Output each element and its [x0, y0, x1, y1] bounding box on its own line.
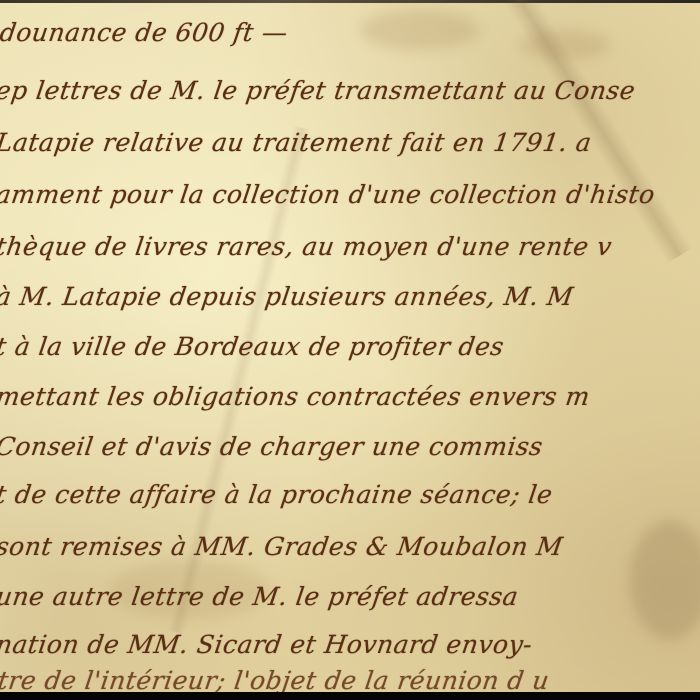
- handwritten-line: à M. Latapie depuis plusieurs années, M.…: [0, 282, 575, 311]
- handwritten-line: dounance de 600 ft —: [0, 18, 290, 47]
- handwritten-text-block: dounance de 600 ft — ep lettres de M. le…: [0, 0, 700, 692]
- handwritten-line: une autre lettre de M. le préfet adressa: [0, 582, 520, 611]
- handwritten-line-partial: tre de l'intérieur; l'objet de la réunio…: [0, 666, 551, 692]
- handwritten-line: ep lettres de M. le préfet transmettant …: [0, 76, 637, 105]
- handwritten-line: mettant les obligations contractées enve…: [0, 382, 592, 411]
- handwritten-line: amment pour la collection d'une collecti…: [0, 180, 657, 209]
- handwritten-line: t de cette affaire à la prochaine séance…: [0, 480, 555, 509]
- handwritten-line: nation de MM. Sicard et Hovnard envoy-: [0, 630, 534, 659]
- manuscript-page: dounance de 600 ft — ep lettres de M. le…: [0, 0, 700, 692]
- handwritten-line: sont remises à MM. Grades & Moubalon M: [0, 532, 565, 561]
- handwritten-line: Latapie relative au traitement fait en 1…: [0, 128, 594, 157]
- handwritten-line: t à la ville de Bordeaux de profiter des: [0, 332, 506, 361]
- photo-border-bottom: [0, 692, 700, 700]
- handwritten-line: thèque de livres rares, au moyen d'une r…: [0, 232, 614, 261]
- handwritten-line: Conseil et d'avis de charger une commiss: [0, 432, 545, 461]
